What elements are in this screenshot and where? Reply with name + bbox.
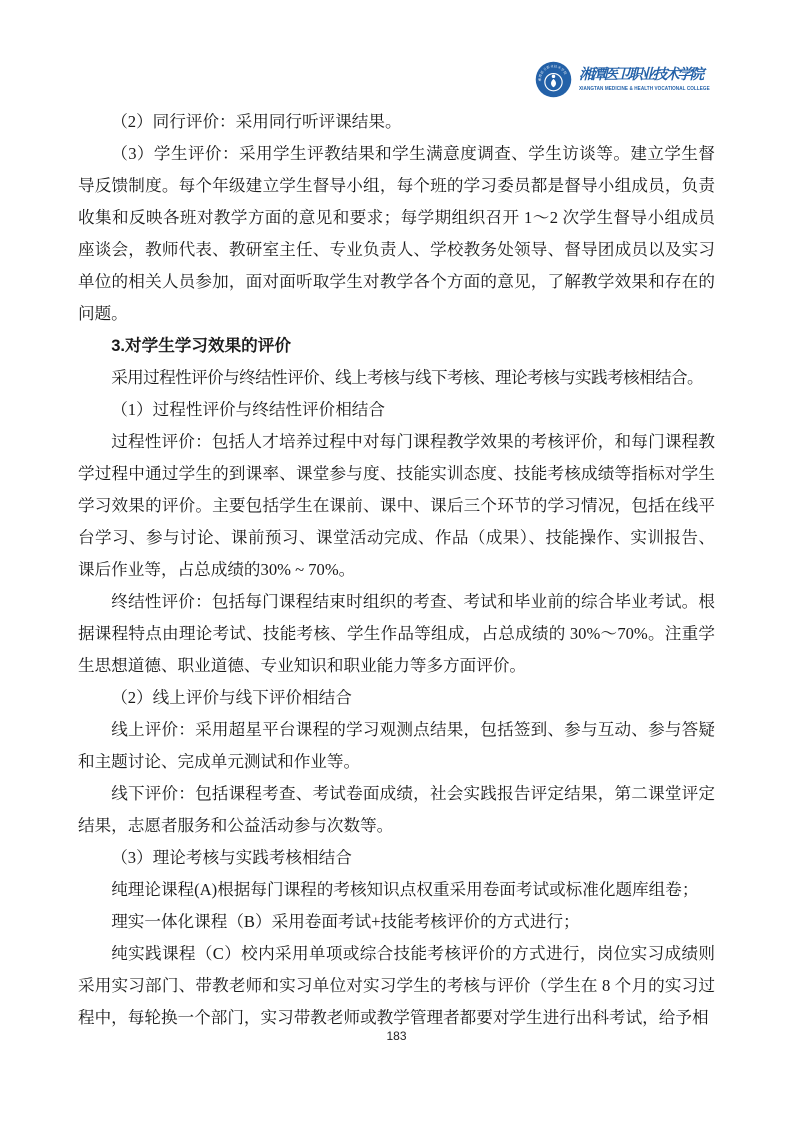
- paragraph: 采用过程性评价与终结性评价、线上考核与线下考核、理论考核与实践考核相结合。: [78, 362, 715, 394]
- paragraph: 终结性评价：包括每门课程结束时组织的考查、考试和毕业前的综合毕业考试。根据课程特…: [78, 586, 715, 682]
- paragraph: 理实一体化课程（B）采用卷面考试+技能考核评价的方式进行；: [78, 906, 715, 938]
- paragraph: 线下评价：包括课程考查、考试卷面成绩，社会实践报告评定结果，第二课堂评定结果，志…: [78, 778, 715, 842]
- paragraph: （1）过程性评价与终结性评价相结合: [78, 394, 715, 426]
- paragraph: （3）理论考核与实践考核相结合: [78, 842, 715, 874]
- paragraph: （2）同行评价：采用同行听评课结果。: [78, 106, 715, 138]
- section-heading: 3.对学生学习效果的评价: [78, 330, 715, 362]
- paragraph: 过程性评价：包括人才培养过程中对每门课程教学效果的考核评价，和每门课程教学过程中…: [78, 426, 715, 586]
- paragraph: 纯理论课程(A)根据每门课程的考核知识点权重采用卷面考试或标准化题库组卷；: [78, 874, 715, 906]
- paragraph: （2）线上评价与线下评价相结合: [78, 682, 715, 714]
- college-logo: 湘潭医卫职业技术学院 湘潭医卫职业技术学院 XIANGTAN MEDICINE …: [535, 61, 735, 98]
- paragraph: （3）学生评价：采用学生评教结果和学生满意度调查、学生访谈等。建立学生督导反馈制…: [78, 138, 715, 330]
- college-name-chinese: 湘潭医卫职业技术学院: [579, 67, 735, 84]
- document-body: （2）同行评价：采用同行听评课结果。（3）学生评价：采用学生评教结果和学生满意度…: [78, 106, 715, 1034]
- paragraph: 线上评价：采用超星平台课程的学习观测点结果，包括签到、参与互动、参与答疑和主题讨…: [78, 714, 715, 778]
- college-emblem-icon: 湘潭医卫职业技术学院: [535, 61, 572, 98]
- college-name-english: XIANGTAN MEDICINE & HEALTH VOCATIONAL CO…: [579, 86, 710, 92]
- document-page: 湘潭医卫职业技术学院 湘潭医卫职业技术学院 XIANGTAN MEDICINE …: [0, 0, 793, 1122]
- paragraph: 纯实践课程（C）校内采用单项或综合技能考核评价的方式进行，岗位实习成绩则采用实习…: [78, 938, 715, 1034]
- page-number: 183: [0, 1029, 793, 1043]
- college-wordmark: 湘潭医卫职业技术学院 XIANGTAN MEDICINE & HEALTH VO…: [579, 67, 735, 92]
